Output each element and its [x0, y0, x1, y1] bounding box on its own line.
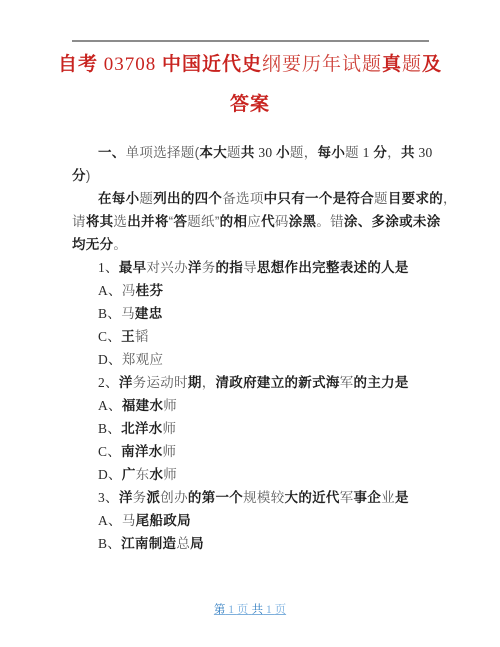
text-run: 共: [241, 145, 255, 160]
text-run: 业: [381, 490, 395, 505]
text-run: 规模较: [243, 490, 284, 505]
text-run: 的相: [220, 214, 248, 229]
text-run: 马: [122, 513, 136, 528]
text-run: 分: [373, 145, 387, 160]
text-run: 福建水: [122, 398, 163, 413]
text-run: A、: [98, 513, 122, 528]
text-run: 郑观应: [122, 352, 163, 367]
text-run: 总: [176, 536, 190, 551]
text-run: 30: [255, 145, 276, 160]
text-run: 务: [133, 490, 147, 505]
text-run: 题，: [290, 145, 318, 160]
text-run: 军: [340, 490, 354, 505]
text-run: 师: [163, 421, 177, 436]
section-heading-line-1: 一、单项选择题(本大题共 30 小题，每小题 1 分，共 30: [72, 141, 437, 164]
text-run: 师: [163, 444, 177, 459]
text-run: 1: [263, 604, 275, 616]
text-run: 共: [401, 145, 415, 160]
text-run: 1: [359, 145, 373, 160]
instructions-line-1: 在每小题列出的四个备选项中只有一个是符合题目要求的，: [72, 187, 437, 210]
text-run: 30: [415, 145, 433, 160]
text-run: 的第一个: [188, 490, 243, 505]
text-run: 均无分: [72, 237, 113, 252]
text-run: 务运动时: [133, 375, 188, 390]
text-run: 洋: [119, 375, 133, 390]
text-run: 自考: [58, 54, 98, 75]
text-run: ，: [443, 191, 457, 206]
page-number-link[interactable]: 第 1 页 共 1 页: [214, 604, 286, 616]
document-body: 一、单项选择题(本大题共 30 小题，每小题 1 分，共 30分)在每小题列出的…: [72, 141, 437, 555]
text-run: 3、: [98, 490, 119, 505]
text-run: 创办: [160, 490, 188, 505]
text-run: 事企: [354, 490, 382, 505]
text-run: 思想作出完整表述的人是: [257, 260, 409, 275]
text-run: 南洋水: [121, 444, 162, 459]
text-run: B、: [98, 536, 121, 551]
text-run: ，: [387, 145, 401, 160]
text-run: B、: [98, 306, 121, 321]
text-run: 题: [227, 145, 241, 160]
text-run: 的指: [216, 260, 244, 275]
text-run: 大的近代: [285, 490, 340, 505]
instructions-line-2: 请将其选出并将“答题纸”的相应代码涂黑。错涂、多涂或未涂: [72, 210, 437, 233]
text-run: 北洋水: [121, 421, 162, 436]
text-run: 页: [237, 604, 249, 616]
text-run: 将其: [86, 214, 114, 229]
text-run: 最早: [119, 260, 147, 275]
question-3-option-a: A、马尾船政局: [72, 509, 437, 532]
text-run: 广: [122, 467, 136, 482]
text-run: 建忠: [135, 306, 163, 321]
text-run: 2、: [98, 375, 119, 390]
page-footer: 第 1 页 共 1 页: [0, 601, 500, 619]
text-run: 在每小: [98, 191, 139, 206]
question-3-option-b: B、江南制造总局: [72, 532, 437, 555]
text-run: 出并将: [127, 214, 168, 229]
text-run: 涂黑: [289, 214, 317, 229]
text-run: 中只有一个是符合: [264, 191, 374, 206]
question-1-option-c: C、王韬: [72, 325, 437, 348]
text-run: 题: [345, 145, 359, 160]
question-1: 1、最早对兴办洋务的指导思想作出完整表述的人是: [72, 256, 437, 279]
text-run: 水: [149, 467, 163, 482]
text-run: B、: [98, 421, 121, 436]
text-run: 军: [340, 375, 354, 390]
text-run: ): [86, 168, 91, 183]
text-run: 桂芬: [136, 283, 164, 298]
question-1-option-b: B、马建忠: [72, 302, 437, 325]
text-run: 一、: [98, 145, 126, 160]
text-run: C、: [98, 444, 121, 459]
text-run: 。错: [316, 214, 344, 229]
text-run: 局: [190, 536, 204, 551]
question-1-option-d: D、郑观应: [72, 348, 437, 371]
text-run: 单项选择题(: [126, 145, 200, 160]
text-run: C、: [98, 329, 121, 344]
text-run: A、: [98, 398, 122, 413]
question-3: 3、洋务派创办的第一个规模较大的近代军事企业是: [72, 486, 437, 509]
text-run: 的主力是: [354, 375, 409, 390]
question-2-option-a: A、福建水师: [72, 394, 437, 417]
text-run: 题: [374, 191, 388, 206]
text-run: 真: [382, 54, 402, 75]
text-run: 师: [163, 467, 177, 482]
text-run: 小: [276, 145, 290, 160]
text-run: 务: [202, 260, 216, 275]
text-run: 。: [113, 237, 127, 252]
text-run: 师: [163, 398, 177, 413]
text-run: 洋: [119, 490, 133, 505]
text-run: 对兴办: [146, 260, 187, 275]
text-run: 题: [402, 54, 422, 75]
text-run: 列出的四个: [153, 191, 222, 206]
text-run: D、: [98, 467, 122, 482]
text-run: 备选项: [222, 191, 263, 206]
section-heading-line-2: 分): [72, 164, 437, 187]
text-run: 本大: [199, 145, 227, 160]
title-divider-line: [72, 40, 429, 42]
text-run: D、: [98, 352, 122, 367]
text-run: 分: [72, 168, 86, 183]
text-run: 题: [139, 191, 153, 206]
text-run: 03708: [98, 54, 162, 75]
text-run: 题纸”: [187, 214, 219, 229]
text-run: 尾船政局: [136, 513, 191, 528]
text-run: 应: [247, 214, 261, 229]
text-run: 洋: [188, 260, 202, 275]
text-run: 王: [121, 329, 135, 344]
question-2: 2、洋务运动时期，清政府建立的新式海军的主力是: [72, 371, 437, 394]
text-run: 第: [214, 604, 226, 616]
text-run: 代: [261, 214, 275, 229]
document-title-line-1: 自考 03708 中国近代史纲要历年试题真题及: [50, 45, 450, 85]
text-run: 中国近代史: [162, 54, 262, 75]
question-2-option-d: D、广东水师: [72, 463, 437, 486]
text-run: 答: [173, 214, 187, 229]
text-run: 码: [275, 214, 289, 229]
question-2-option-c: C、南洋水师: [72, 440, 437, 463]
question-1-option-a: A、冯桂芬: [72, 279, 437, 302]
text-run: 导: [243, 260, 257, 275]
text-run: 期: [188, 375, 202, 390]
document-title-line-2: 答案: [50, 85, 450, 125]
text-run: 答案: [230, 94, 270, 115]
text-run: 1、: [98, 260, 119, 275]
text-run: 东: [136, 467, 150, 482]
text-run: 派: [146, 490, 160, 505]
instructions-line-3: 均无分。: [72, 233, 437, 256]
text-run: 纲要历年试题: [262, 54, 382, 75]
text-run: 马: [121, 306, 135, 321]
text-run: 1: [225, 604, 237, 616]
text-run: 冯: [122, 283, 136, 298]
text-run: ，: [202, 375, 216, 390]
text-run: 及: [422, 54, 442, 75]
text-run: 选: [113, 214, 127, 229]
text-run: 目要求的: [388, 191, 443, 206]
text-run: 请: [72, 214, 86, 229]
text-run: 涂、多涂或未涂: [344, 214, 441, 229]
text-run: A、: [98, 283, 122, 298]
question-2-option-b: B、北洋水师: [72, 417, 437, 440]
text-run: 清政府建立的新式海: [216, 375, 340, 390]
text-run: 是: [395, 490, 409, 505]
text-run: 页: [275, 604, 287, 616]
text-run: 江南制造: [121, 536, 176, 551]
text-run: 共: [252, 604, 264, 616]
text-run: 每小: [318, 145, 346, 160]
document-page: 自考 03708 中国近代史纲要历年试题真题及 答案 一、单项选择题(本大题共 …: [0, 0, 500, 647]
text-run: 韬: [135, 329, 149, 344]
document-title: 自考 03708 中国近代史纲要历年试题真题及 答案: [50, 45, 450, 125]
